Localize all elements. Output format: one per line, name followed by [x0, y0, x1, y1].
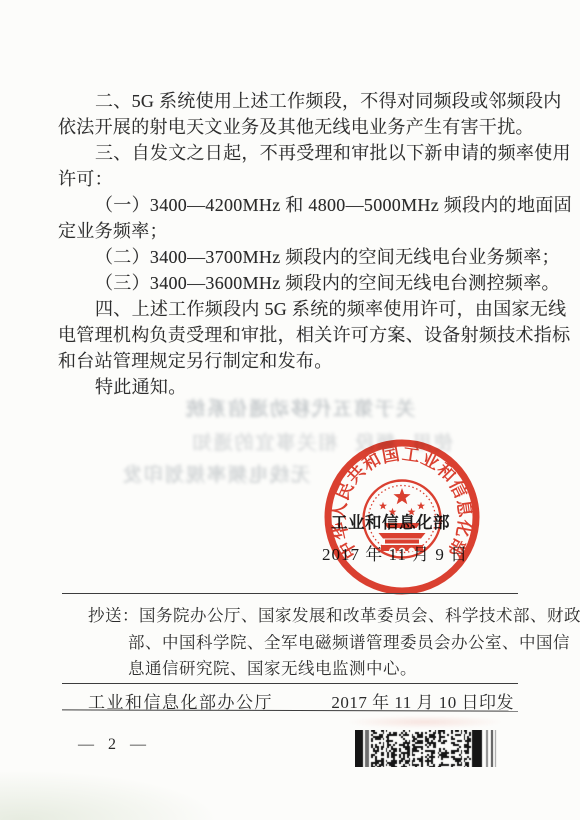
- body-line: 电管理机构负责受理和审批，相关许可方案、设备射频技术指标: [58, 322, 520, 348]
- document-barcode: [355, 730, 497, 767]
- national-emblem-icon: [379, 488, 426, 551]
- body-line: 三、自发文之日起，不再受理和审批以下新申请的频率使用: [58, 140, 520, 166]
- body-line: 依法开展的射电天文业务及其他无线电业务产生有害干扰。: [58, 114, 520, 140]
- footer-print-date: 2017 年 11 月 10 日印发: [331, 688, 514, 713]
- body-line: 许可：: [58, 166, 520, 192]
- body-text: 二、5G 系统使用上述工作频段，不得对同频段或邻频段内依法开展的射电天文业务及其…: [58, 88, 520, 400]
- divider-rule-top: [62, 593, 518, 594]
- document-page: 二、5G 系统使用上述工作频段，不得对同频段或邻频段内依法开展的射电天文业务及其…: [0, 0, 580, 820]
- stamp-smudge: [350, 716, 500, 728]
- body-line: 特此通知。: [58, 374, 520, 400]
- body-line: 和台站管理规定另行制定和发布。: [58, 348, 520, 374]
- divider-rule-middle: [62, 683, 518, 684]
- official-seal-stamp: 中华人民共和国工业和信息化部: [320, 435, 484, 599]
- seal-outer-ring: [328, 443, 476, 591]
- body-line: （一）3400—4200MHz 和 4800—5000MHz 频段内的地面固: [58, 192, 520, 218]
- footer-issuer: 工业和信息化部办公厅: [88, 688, 273, 713]
- cc-line: 抄送：国务院办公厅、国家发展和改革委员会、科学技术部、财政: [88, 603, 520, 630]
- body-line: （二）3400—3700MHz 频段内的空间无线电台业务频率；: [58, 244, 520, 270]
- cc-line: 息通信研究院、国家无线电监测中心。: [88, 656, 520, 683]
- page-number: — 2 —: [78, 736, 148, 754]
- cc-block: 抄送：国务院办公厅、国家发展和改革委员会、科学技术部、财政部、中国科学院、全军电…: [88, 603, 520, 683]
- body-line: 四、上述工作频段内 5G 系统的频率使用许可，由国家无线: [58, 296, 520, 322]
- cc-line: 部、中国科学院、全军电磁频谱管理委员会办公室、中国信: [88, 630, 520, 657]
- body-line: 定业务频率；: [58, 218, 520, 244]
- body-line: （三）3400—3600MHz 频段内的空间无线电台测控频率。: [58, 270, 520, 296]
- bleedthrough-ghost-line-2: 无线电频率规划印发: [60, 460, 310, 487]
- body-line: 二、5G 系统使用上述工作频段，不得对同频段或邻频段内: [58, 88, 520, 114]
